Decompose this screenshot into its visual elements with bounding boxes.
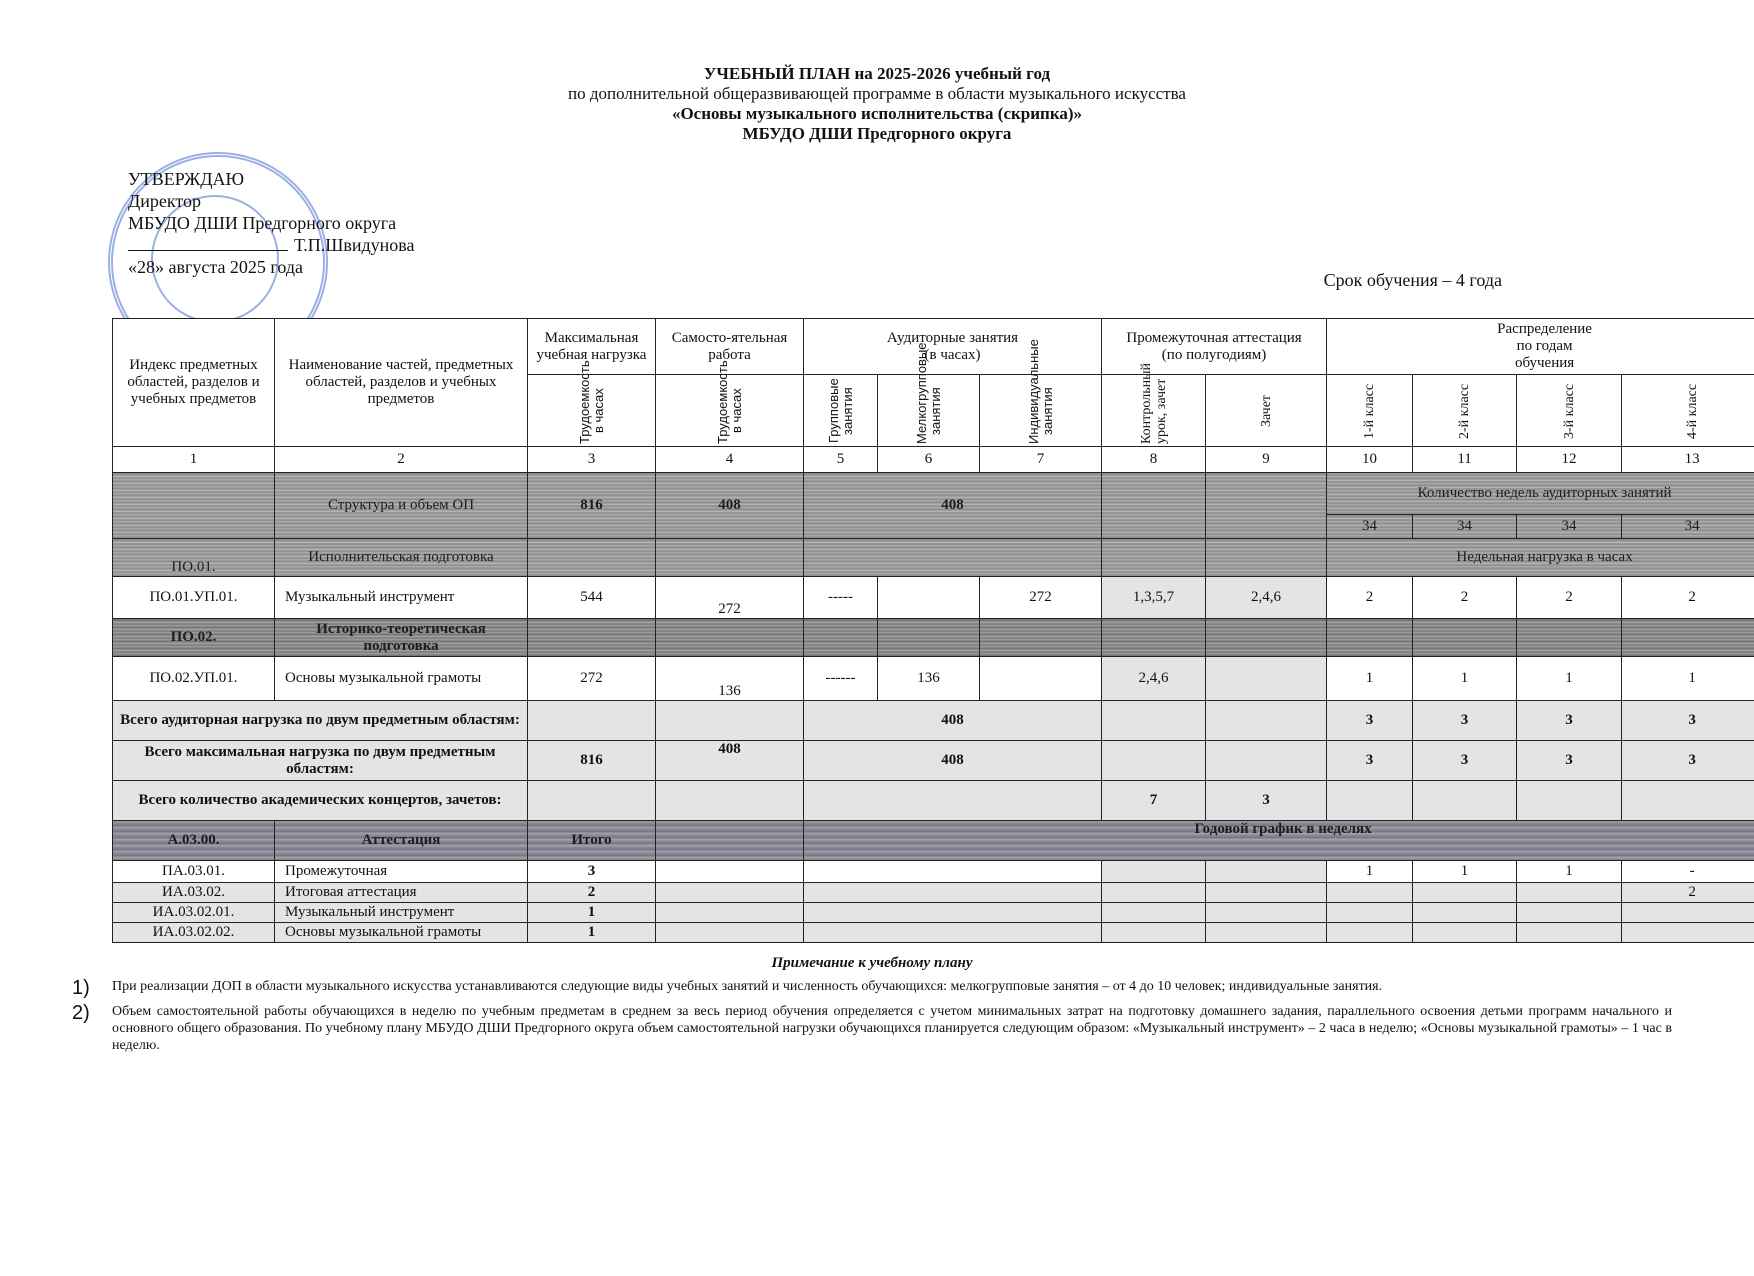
weeks-label: Количество недель аудиторных занятий [1327, 473, 1754, 515]
row-total: 3 [528, 861, 656, 883]
row-year [1327, 883, 1413, 903]
note-text: Объем самостоятельной работы обучающихся… [112, 1003, 1672, 1054]
row-year [1517, 883, 1622, 903]
col-num: 12 [1517, 447, 1622, 473]
structure-self: 408 [656, 473, 804, 539]
row-self: 136 [656, 657, 804, 701]
row-group: ------ [804, 657, 878, 701]
row-index: ИА.03.02.01. [113, 903, 275, 923]
header-labor-2: Трудоемкость в часах [716, 378, 744, 444]
row-control: 2,4,6 [1102, 657, 1206, 701]
row-year: 2 [1622, 577, 1754, 619]
row-name: Промежуточная [275, 861, 528, 883]
row-year: 1 [1327, 861, 1413, 883]
row-total: 1 [528, 903, 656, 923]
header-distribution: Распределение по годам обучения [1327, 319, 1754, 375]
row-year: 1 [1413, 861, 1517, 883]
header-credit: Зачет [1259, 378, 1274, 444]
row-year: 3 [1413, 741, 1517, 781]
row-name: Музыкальный инструмент [275, 903, 528, 923]
approval-organization: МБУДО ДШИ Предгорного округа [128, 212, 415, 234]
po02-name: Историко-теоретическая подготовка [275, 619, 528, 657]
col-num: 9 [1206, 447, 1327, 473]
row-credit [1206, 657, 1327, 701]
col-num: 3 [528, 447, 656, 473]
weeks-value: 34 [1327, 515, 1413, 539]
po01-index: ПО.01. [113, 539, 275, 577]
structure-aud: 408 [804, 473, 1102, 539]
row-name: Музыкальный инструмент [275, 577, 528, 619]
row-year: 3 [1327, 741, 1413, 781]
total-self-value: 408 [656, 741, 804, 781]
title-line-2: по дополнительной общеразвивающей програ… [0, 84, 1754, 104]
row-group: ----- [804, 577, 878, 619]
row-year: 3 [1517, 741, 1622, 781]
row-index: ИА.03.02.02. [113, 923, 275, 943]
attest-schedule: Годовой график в неделях [804, 821, 1754, 861]
weekly-load-label: Недельная нагрузка в часах [1327, 539, 1754, 577]
row-year [1517, 903, 1622, 923]
total-concerts-control: 7 [1102, 781, 1206, 821]
weeks-value: 34 [1517, 515, 1622, 539]
row-individual [980, 657, 1102, 701]
row-year: 1 [1413, 657, 1517, 701]
total-concerts-credit: 3 [1206, 781, 1327, 821]
header-index: Индекс предметных областей, разделов и у… [113, 319, 275, 447]
row-year: 2 [1517, 577, 1622, 619]
total-concerts-row: Всего количество академических концертов… [113, 781, 1754, 821]
structure-name: Структура и объем ОП [275, 473, 528, 539]
header-year-1: 1-й класс [1362, 381, 1377, 441]
weeks-value: 34 [1413, 515, 1517, 539]
header-labor-1: Трудоемкость в часах [578, 378, 606, 444]
approval-signer: Т.П.Швидунова [294, 235, 415, 255]
attest-total: Итого [528, 821, 656, 861]
row-small-group: 136 [878, 657, 980, 701]
approval-position: Директор [128, 190, 415, 212]
approval-date: «28» августа 2025 года [128, 256, 415, 278]
row-control: 1,3,5,7 [1102, 577, 1206, 619]
attest-index: А.03.00. [113, 821, 275, 861]
notes-section: Примечание к учебному плану 1) При реали… [72, 955, 1672, 1059]
notes-title: Примечание к учебному плану [72, 955, 1672, 972]
section-po01-row: ПО.01. Исполнительская подготовка Недель… [113, 539, 1754, 577]
structure-max: 816 [528, 473, 656, 539]
total-concerts-label: Всего количество академических концертов… [113, 781, 528, 821]
po02-index: ПО.02. [113, 619, 275, 657]
row-year [1327, 923, 1413, 943]
col-num: 11 [1413, 447, 1517, 473]
header-name: Наименование частей, предметных областей… [275, 319, 528, 447]
col-num: 8 [1102, 447, 1206, 473]
document-title: УЧЕБНЫЙ ПЛАН на 2025-2026 учебный год по… [0, 64, 1754, 144]
row-name: Итоговая аттестация [275, 883, 528, 903]
header-group: Групповые занятия [827, 378, 855, 444]
title-line-1: УЧЕБНЫЙ ПЛАН на 2025-2026 учебный год [0, 64, 1754, 84]
row-individual: 272 [980, 577, 1102, 619]
row-index: ПА.03.01. [113, 861, 275, 883]
col-num: 4 [656, 447, 804, 473]
column-number-row: 1 2 3 4 5 6 7 8 9 10 11 12 13 [113, 447, 1754, 473]
row-year [1622, 923, 1754, 943]
col-num: 10 [1327, 447, 1413, 473]
curriculum-table: Индекс предметных областей, разделов и у… [112, 318, 1754, 943]
col-num: 5 [804, 447, 878, 473]
table-row: ИА.03.02.01. Музыкальный инструмент 1 [113, 903, 1754, 923]
approval-signature-line: Т.П.Швидунова [128, 234, 415, 256]
header-year-4: 4-й класс [1685, 381, 1700, 441]
section-po02-row: ПО.02. Историко-теоретическая подготовка [113, 619, 1754, 657]
row-total: 1 [528, 923, 656, 943]
row-year: 1 [1517, 861, 1622, 883]
row-year [1327, 903, 1413, 923]
row-year: 1 [1327, 657, 1413, 701]
col-num: 7 [980, 447, 1102, 473]
total-max-aud: 408 [804, 741, 1102, 781]
note-item: 1) При реализации ДОП в области музыкаль… [72, 978, 1672, 998]
row-year: 2 [1622, 883, 1754, 903]
approval-heading: УТВЕРЖДАЮ [128, 168, 415, 190]
row-year: 1 [1622, 657, 1754, 701]
header-individual: Индивидуальные занятия [1027, 378, 1055, 444]
table-row: ПО.02.УП.01. Основы музыкальной грамоты … [113, 657, 1754, 701]
header-interim: Промежуточная аттестация (по полугодиям) [1102, 319, 1327, 375]
row-year [1413, 883, 1517, 903]
study-term: Срок обучения – 4 года [1324, 270, 1502, 291]
col-num: 2 [275, 447, 528, 473]
po01-name: Исполнительская подготовка [275, 539, 528, 577]
header-year-2: 2-й класс [1457, 381, 1472, 441]
title-line-4: МБУДО ДШИ Предгорного округа [0, 124, 1754, 144]
table-row: ИА.03.02. Итоговая аттестация 2 2 [113, 883, 1754, 903]
row-index: ИА.03.02. [113, 883, 275, 903]
table-row: ИА.03.02.02. Основы музыкальной грамоты … [113, 923, 1754, 943]
row-self: 272 [656, 577, 804, 619]
note-item: 2) Объем самостоятельной работы обучающи… [72, 1003, 1672, 1054]
row-year: 3 [1622, 701, 1754, 741]
total-aud-label: Всего аудиторная нагрузка по двум предме… [113, 701, 528, 741]
header-control: Контрольный урок, зачет [1139, 378, 1169, 444]
row-small-group [878, 577, 980, 619]
attest-name: Аттестация [275, 821, 528, 861]
note-number: 2) [72, 1003, 112, 1054]
header-year-3: 3-й класс [1562, 381, 1577, 441]
signature-icon [128, 250, 288, 251]
row-year: 1 [1517, 657, 1622, 701]
row-year: - [1622, 861, 1754, 883]
col-num: 6 [878, 447, 980, 473]
row-year: 2 [1413, 577, 1517, 619]
approval-block: УТВЕРЖДАЮ Директор МБУДО ДШИ Предгорного… [128, 168, 415, 278]
table-row: ПО.01.УП.01. Музыкальный инструмент 544 … [113, 577, 1754, 619]
weeks-value: 34 [1622, 515, 1754, 539]
row-name: Основы музыкальной грамоты [275, 657, 528, 701]
col-num: 1 [113, 447, 275, 473]
row-year: 3 [1622, 741, 1754, 781]
row-index: ПО.02.УП.01. [113, 657, 275, 701]
header-small-group: Мелкогрупповые занятия [915, 378, 943, 444]
row-credit: 2,4,6 [1206, 577, 1327, 619]
row-year: 3 [1413, 701, 1517, 741]
row-index: ПО.01.УП.01. [113, 577, 275, 619]
row-year [1517, 923, 1622, 943]
attestation-header-row: А.03.00. Аттестация Итого Годовой график… [113, 821, 1754, 861]
row-max: 272 [528, 657, 656, 701]
total-auditory-row: Всего аудиторная нагрузка по двум предме… [113, 701, 1754, 741]
total-max-row: Всего максимальная нагрузка по двум пред… [113, 741, 1754, 781]
row-year [1413, 903, 1517, 923]
row-total: 2 [528, 883, 656, 903]
row-year: 2 [1327, 577, 1413, 619]
row-name: Основы музыкальной грамоты [275, 923, 528, 943]
row-year [1622, 903, 1754, 923]
total-max-label: Всего максимальная нагрузка по двум пред… [113, 741, 528, 781]
title-line-3: «Основы музыкального исполнительства (ск… [0, 104, 1754, 124]
total-max-value: 816 [528, 741, 656, 781]
note-number: 1) [72, 978, 112, 998]
header-auditory: Аудиторные занятия (в часах) [804, 319, 1102, 375]
structure-row: Структура и объем ОП 816 408 408 Количес… [113, 473, 1754, 515]
total-aud-value: 408 [804, 701, 1102, 741]
note-text: При реализации ДОП в области музыкальног… [112, 978, 1672, 998]
col-num: 13 [1622, 447, 1754, 473]
table-row: ПА.03.01. Промежуточная 3 1 1 1 - [113, 861, 1754, 883]
row-max: 544 [528, 577, 656, 619]
row-year [1413, 923, 1517, 943]
row-year: 3 [1327, 701, 1413, 741]
row-year: 3 [1517, 701, 1622, 741]
